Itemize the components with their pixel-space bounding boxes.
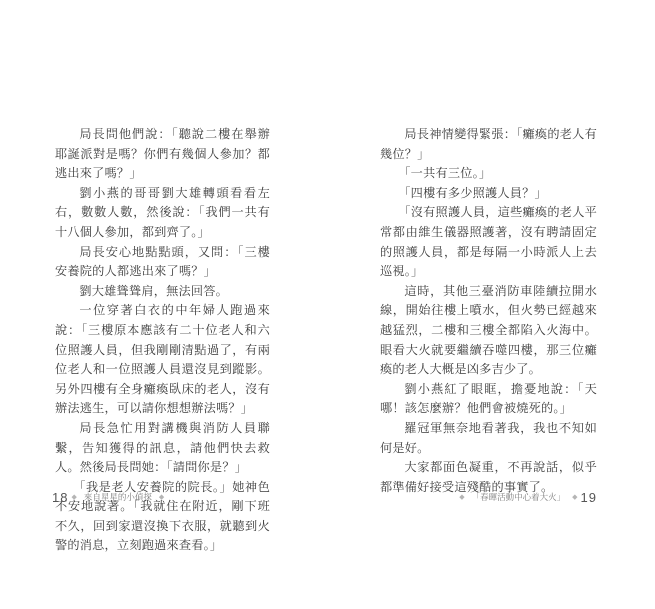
book-title: 來自星星的小偵探 xyxy=(84,491,152,503)
paragraph: 這時，其他三臺消防車陸續拉開水線，開始往樓上噴水，但火勢已經越來越猛烈，二樓和三… xyxy=(380,282,597,380)
left-page: 局長問他們說：「聽說二樓在舉辦耶誕派對是嗎？你們有幾個人參加？都逃出來了嗎？」 … xyxy=(0,0,327,609)
paragraph: 局長急忙用對講機與消防人員聯繫，告知獲得的訊息，請他們快去救人。然後局長問她：「… xyxy=(55,419,270,478)
page-number: 18 xyxy=(52,490,68,505)
separator-dot-icon: ◆ xyxy=(71,493,76,501)
paragraph: 局長問他們說：「聽說二樓在舉辦耶誕派對是嗎？你們有幾個人參加？都逃出來了嗎？」 xyxy=(55,125,270,184)
separator-dot-icon: ◆ xyxy=(459,493,464,501)
right-page-body: 局長神情變得緊張：「癱瘓的老人有幾位？」 「一共有三位。」 「四樓有多少照護人員… xyxy=(380,125,597,497)
separator-dot-icon: ◆ xyxy=(572,493,577,501)
separator-dot-icon: ◆ xyxy=(159,493,164,501)
paragraph: 劉小燕紅了眼眶，擔憂地說：「天哪！該怎麼辦？他們會被燒死的。」 xyxy=(380,380,597,419)
paragraph: 一位穿著白衣的中年婦人跑過來說：「三樓原本應該有二十位老人和六位照護人員，但我剛… xyxy=(55,301,270,419)
paragraph: 局長安心地點點頭，又問：「三樓安養院的人都逃出來了嗎？」 xyxy=(55,243,270,282)
right-page-footer: ◆ 「春暉活動中心着大火」 ◆ 19 xyxy=(456,489,597,505)
left-page-footer: 18 ◆ 來自星星的小偵探 ◆ xyxy=(52,489,167,505)
paragraph: 「沒有照護人員，這些癱瘓的老人平常都由維生儀器照護著，沒有聘請固定的照護人員，都… xyxy=(380,203,597,281)
paragraph: 局長神情變得緊張：「癱瘓的老人有幾位？」 xyxy=(380,125,597,164)
paragraph: 羅冠軍無奈地看著我，我也不知如何是好。 xyxy=(380,419,597,458)
paragraph: 劉大雄聳聳肩，無法回答。 xyxy=(55,282,270,302)
paragraph: 「一共有三位。」 xyxy=(380,164,597,184)
page-number: 19 xyxy=(581,490,597,505)
chapter-title: 「春暉活動中心着大火」 xyxy=(472,491,566,503)
right-page: 局長神情變得緊張：「癱瘓的老人有幾位？」 「一共有三位。」 「四樓有多少照護人員… xyxy=(327,0,655,609)
paragraph: 「四樓有多少照護人員？」 xyxy=(380,184,597,204)
paragraph: 劉小燕的哥哥劉大雄轉頭看看左右，數數人數，然後說：「我們一共有十八個人參加，都到… xyxy=(55,184,270,243)
